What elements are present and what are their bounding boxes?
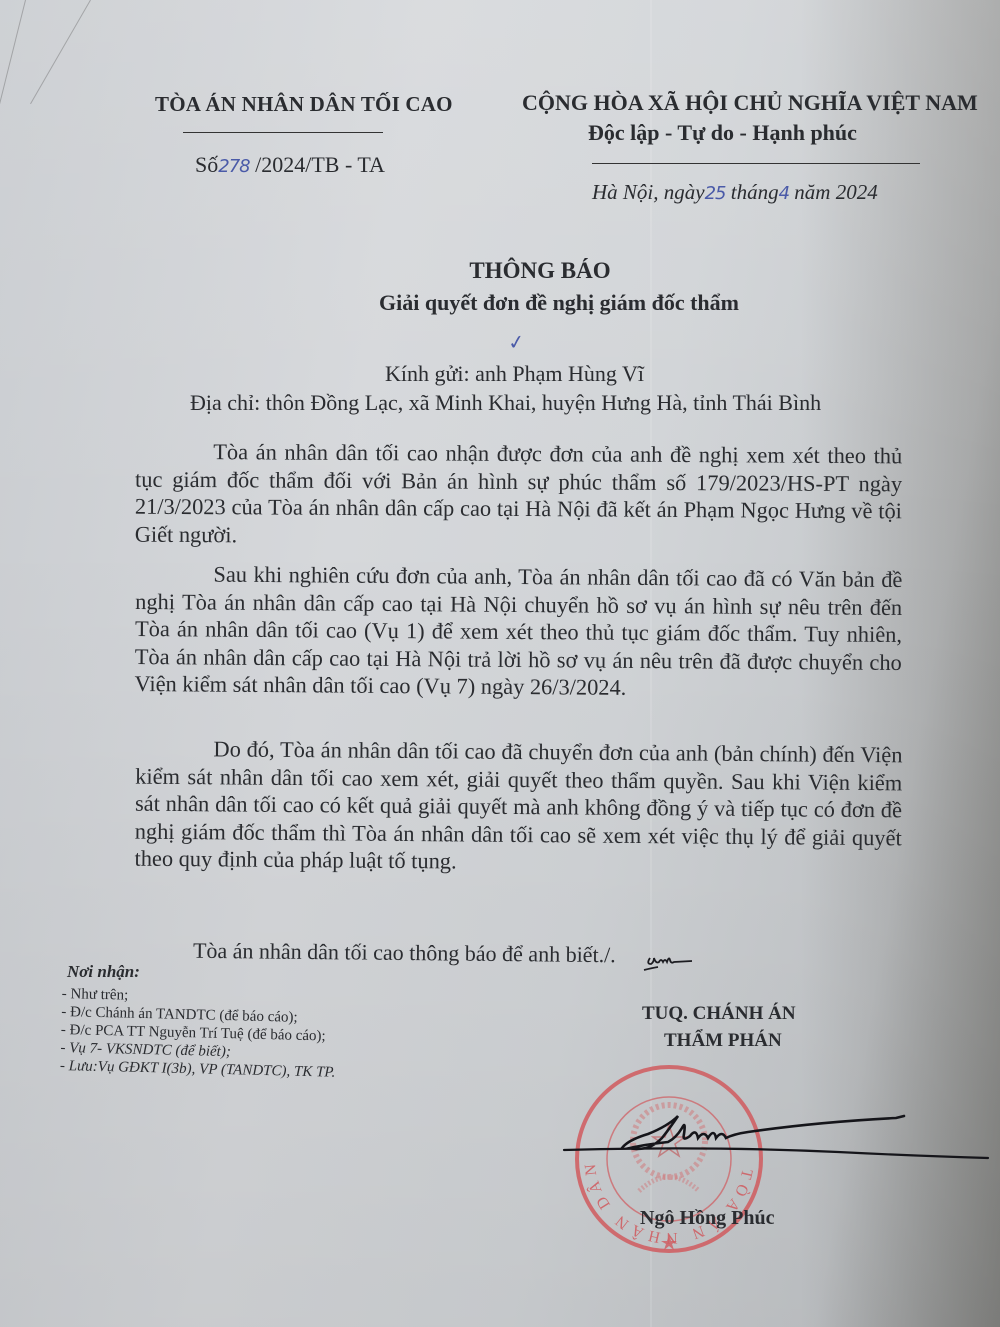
initials-icon xyxy=(640,950,695,974)
document-title: THÔNG BÁO xyxy=(0,258,1000,284)
signature-title-2: THẨM PHÁN xyxy=(664,1030,782,1052)
handwritten-month: 4 xyxy=(779,183,789,204)
month-label: tháng xyxy=(731,180,779,204)
court-name-underline xyxy=(183,132,383,133)
signer-name: Ngô Hồng Phúc xyxy=(640,1207,774,1230)
year-text: năm 2024 xyxy=(794,180,877,204)
paragraph-text: Tòa án nhân dân tối cao nhận được đơn củ… xyxy=(135,439,903,547)
body-paragraph-3: Do đó, Tòa án nhân dân tối cao đã chuyển… xyxy=(134,735,902,879)
date-prefix: Hà Nội, ngày xyxy=(592,180,705,204)
recipients-list: - Như trên; - Đ/c Chánh án TANDTC (để bá… xyxy=(60,985,338,1082)
document-subtitle: Giải quyết đơn đề nghị giám đốc thẩm xyxy=(0,290,1000,316)
recipient-line: Kính gửi: anh Phạm Hùng Vĩ xyxy=(385,361,644,387)
signature-title-1: TUQ. CHÁNH ÁN xyxy=(642,1003,796,1025)
handwritten-day: 25 xyxy=(705,183,726,204)
body-paragraph-1: Tòa án nhân dân tối cao nhận được đơn củ… xyxy=(135,438,903,553)
signature-icon xyxy=(558,1088,998,1198)
body-paragraph-2: Sau khi nghiên cứu đơn của anh, Tòa án n… xyxy=(134,560,902,704)
motto-underline xyxy=(592,163,920,164)
pencil-mark xyxy=(30,0,91,104)
document-number: Số278 /2024/TB - TA xyxy=(195,152,385,178)
court-name: TÒA ÁN NHÂN DÂN TỐI CAO xyxy=(155,92,453,117)
closing-line: Tòa án nhân dân tối cao thông báo để anh… xyxy=(193,938,616,968)
republic-name: CỘNG HÒA XÃ HỘI CHỦ NGHĨA VIỆT NAM xyxy=(522,90,978,116)
checkmark-icon: ✓ xyxy=(506,329,526,355)
pencil-mark xyxy=(0,0,26,136)
number-prefix: Số xyxy=(195,152,218,177)
paragraph-text: Do đó, Tòa án nhân dân tối cao đã chuyển… xyxy=(134,736,902,873)
paragraph-text: Sau khi nghiên cứu đơn của anh, Tòa án n… xyxy=(134,562,902,700)
place-date: Hà Nội, ngày25 tháng4 năm 2024 xyxy=(592,180,878,205)
handwritten-number: 278 xyxy=(218,156,249,177)
address-line: Địa chỉ: thôn Đồng Lạc, xã Minh Khai, hu… xyxy=(190,390,821,416)
national-motto: Độc lập - Tự do - Hạnh phúc xyxy=(588,120,857,146)
recipients-title: Nơi nhận: xyxy=(67,962,140,982)
number-suffix: /2024/TB - TA xyxy=(255,152,385,177)
